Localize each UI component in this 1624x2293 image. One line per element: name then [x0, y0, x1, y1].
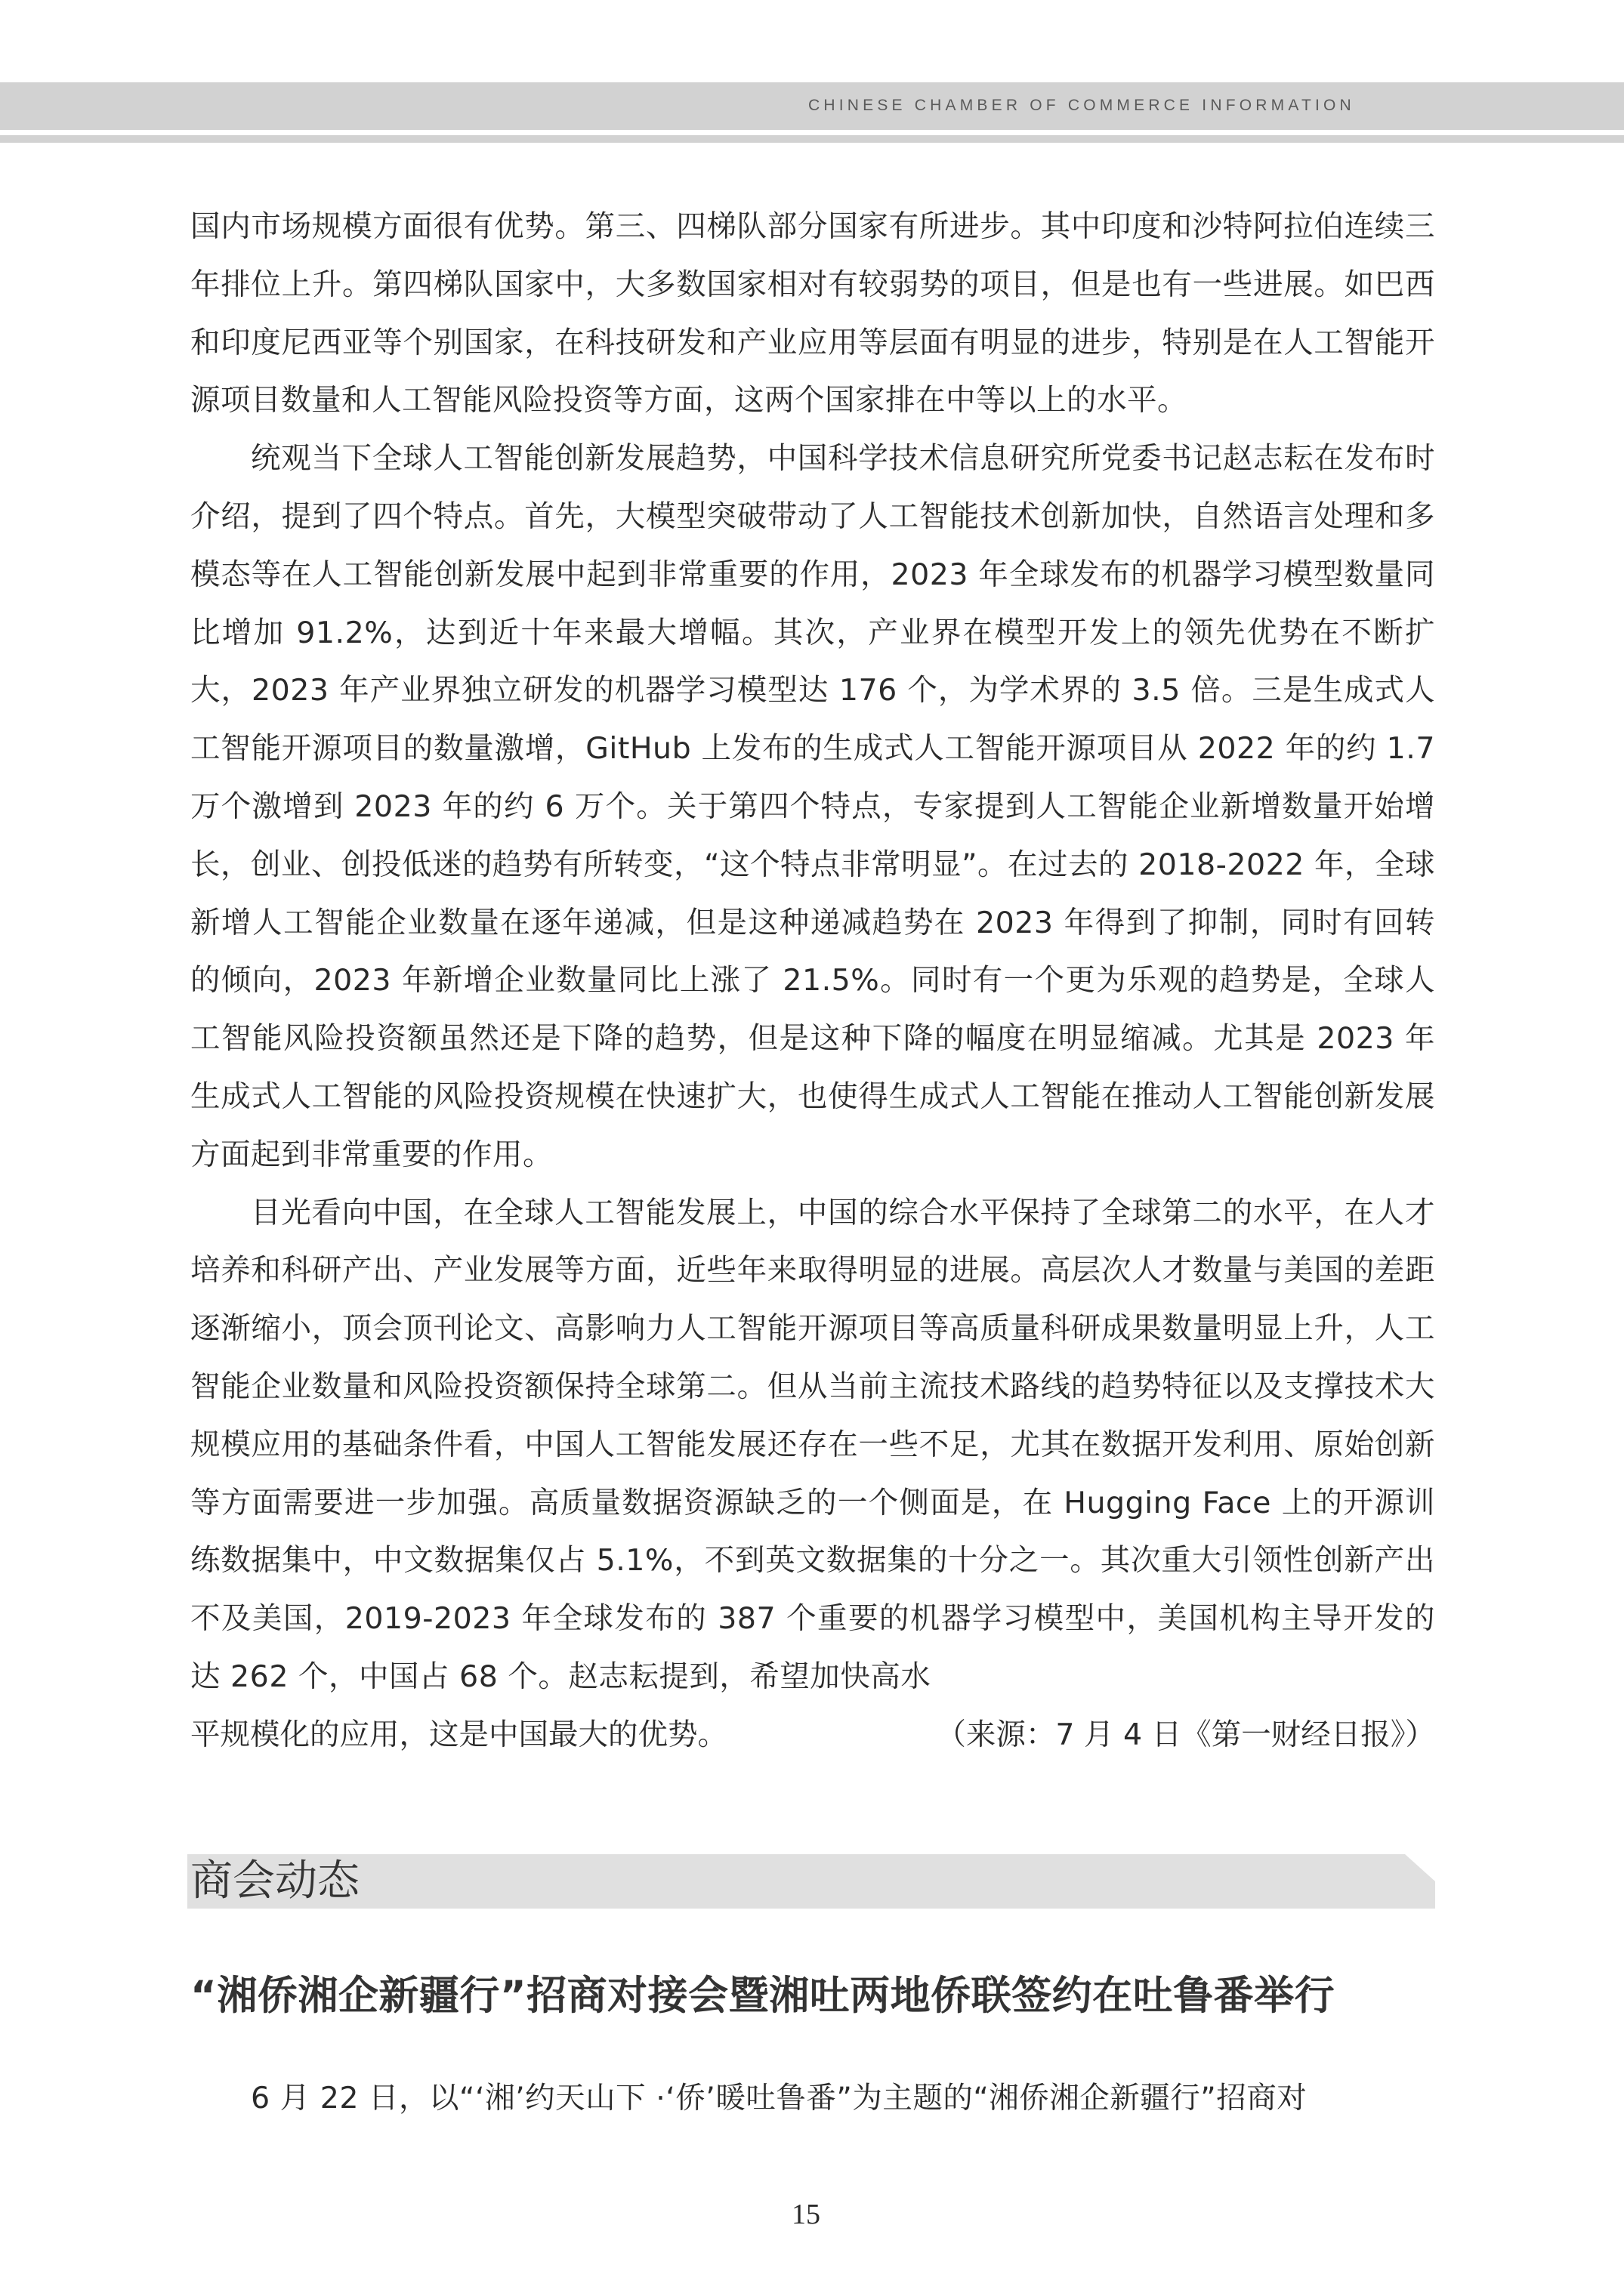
body-paragraph: 统观当下全球人工智能创新发展趋势，中国科学技术信息研究所党委书记赵志耘在发布时介… — [190, 430, 1435, 1184]
body-paragraph: 国内市场规模方面很有优势。第三、四梯队部分国家有所进步。其中印度和沙特阿拉伯连续… — [190, 198, 1435, 430]
closing-sentence: 平规模化的应用，这是中国最大的优势。 — [190, 1706, 727, 1764]
article-lead: 6 月 22 日，以“‘湘’约天山下 ·‘侨’暖吐鲁番”为主题的“湘侨湘企新疆行… — [190, 2069, 1435, 2128]
body-paragraph: 目光看向中国，在全球人工智能发展上，中国的综合水平保持了全球第二的水平，在人才培… — [190, 1184, 1435, 1706]
lead-paragraph: 6 月 22 日，以“‘湘’约天山下 ·‘侨’暖吐鲁番”为主题的“湘侨湘企新疆行… — [190, 2069, 1435, 2128]
article-body: 国内市场规模方面很有优势。第三、四梯队部分国家有所进步。其中印度和沙特阿拉伯连续… — [190, 198, 1435, 1764]
running-header-title: CHINESE CHAMBER OF COMMERCE INFORMATION — [808, 97, 1355, 115]
article-headline: “湘侨湘企新疆行”招商对接会暨湘吐两地侨联签约在吐鲁番举行 — [190, 1964, 1444, 2021]
section-title: 商会动态 — [190, 1856, 360, 1906]
running-header-rule — [0, 135, 1624, 143]
source-citation: （来源：7 月 4 日《第一财经日报》） — [936, 1706, 1435, 1764]
section-header-bar — [187, 1854, 1435, 1909]
page-number: 15 — [792, 2198, 820, 2231]
closing-line: 平规模化的应用，这是中国最大的优势。 （来源：7 月 4 日《第一财经日报》） — [190, 1706, 1435, 1764]
